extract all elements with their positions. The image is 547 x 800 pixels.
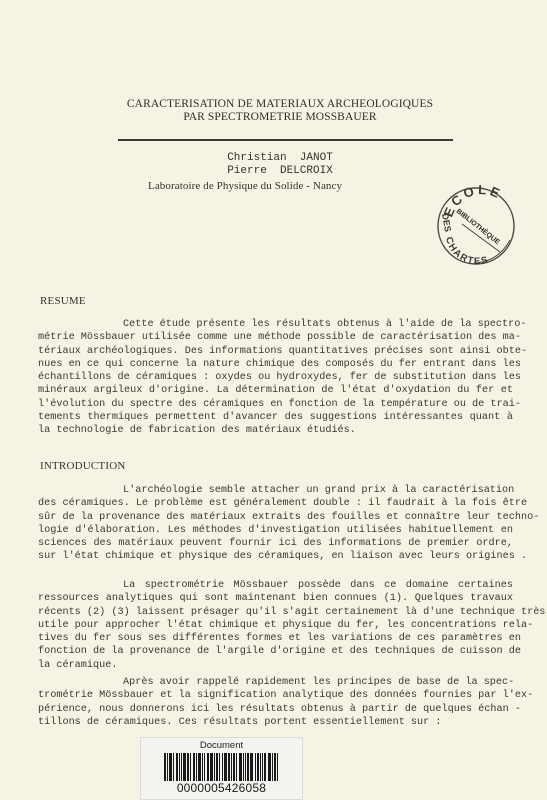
barcode-label: Document 0000005426058 <box>140 737 303 800</box>
title-line-2: PAR SPECTROMETRIE MOSSBAUER <box>100 111 460 124</box>
text-line: nues en ce qui concerne la nature chimiq… <box>38 358 513 371</box>
barcode-icon <box>152 753 292 781</box>
author-1: Christian JANOT <box>200 152 360 165</box>
introduction-paragraph-1: L'archéologie semble attacher un grand p… <box>38 484 513 564</box>
text-line: Cette étude présente les résultats obten… <box>38 318 513 331</box>
text-line: La spectrométrie Mössbauer possède dans … <box>38 579 513 592</box>
library-stamp-icon: ECOLE CHARTES DES BIBLIOTHÈQUE <box>428 178 524 274</box>
stamp-left-text: DES <box>440 213 453 233</box>
text-line: tillons de céramiques. Ces résultats por… <box>38 716 513 729</box>
text-line: échantillons de céramiques : oxydes ou h… <box>38 371 513 384</box>
document-title: CARACTERISATION DE MATERIAUX ARCHEOLOGIQ… <box>100 98 460 124</box>
section-heading-resume: RESUME <box>40 295 86 307</box>
text-line: des céramiques. Le problème est générale… <box>38 497 513 510</box>
text-line: sûr de la provenance des matériaux extra… <box>38 511 513 524</box>
stamp-center-text: BIBLIOTHÈQUE <box>455 206 502 246</box>
text-line: trométrie Mössbauer et la signification … <box>38 689 513 702</box>
text-line: utile pour approcher l'état chimique et … <box>38 619 513 632</box>
introduction-paragraph-2: La spectrométrie Mössbauer possède dans … <box>38 579 513 672</box>
authors: Christian JANOT Pierre DELCROIX <box>200 152 360 178</box>
text-line: l'évolution du spectre des céramiques en… <box>38 398 513 411</box>
text-line: logie d'élaboration. Les méthodes d'inve… <box>38 524 513 537</box>
text-line: sur l'état chimique et physique des céra… <box>38 550 513 563</box>
title-line-1: CARACTERISATION DE MATERIAUX ARCHEOLOGIQ… <box>100 98 460 111</box>
title-divider <box>118 139 453 141</box>
text-line: minéraux argileux d'origine. La détermin… <box>38 384 513 397</box>
text-line: périence, nous donnerons ici les résulta… <box>38 703 513 716</box>
text-line: sciences des matériaux peuvent fournir i… <box>38 537 513 550</box>
text-line: récents (2) (3) laissent présager qu'il … <box>38 606 513 619</box>
resume-paragraph: Cette étude présente les résultats obten… <box>38 318 513 438</box>
text-line: tives du fer sous ses différentes formes… <box>38 632 513 645</box>
text-line: la céramique. <box>38 659 513 672</box>
section-heading-introduction: INTRODUCTION <box>40 460 126 472</box>
text-line: métrie Mössbauer utilisée comme une méth… <box>38 331 513 344</box>
text-line: ressources analytiques qui sont maintena… <box>38 592 513 605</box>
text-line: tériaux archéologiques. Des informations… <box>38 345 513 358</box>
text-line: Après avoir rappelé rapidement les princ… <box>38 676 513 689</box>
text-line: tements thermiques permettent d'avancer … <box>38 411 513 424</box>
document-page: CARACTERISATION DE MATERIAUX ARCHEOLOGIQ… <box>0 0 547 800</box>
text-line: L'archéologie semble attacher un grand p… <box>38 484 513 497</box>
affiliation: Laboratoire de Physique du Solide - Nanc… <box>148 180 428 192</box>
text-line: fonction de la provenance de l'argile d'… <box>38 645 513 658</box>
barcode-number: 0000005426058 <box>141 781 302 795</box>
stamp-bottom-text: CHARTES <box>443 236 490 268</box>
svg-text:CHARTES: CHARTES <box>443 236 490 268</box>
barcode-header: Document <box>141 740 302 751</box>
text-line: la technologie de fabrication des matéri… <box>38 424 513 437</box>
introduction-paragraph-3: Après avoir rappelé rapidement les princ… <box>38 676 513 729</box>
author-2: Pierre DELCROIX <box>200 165 360 178</box>
